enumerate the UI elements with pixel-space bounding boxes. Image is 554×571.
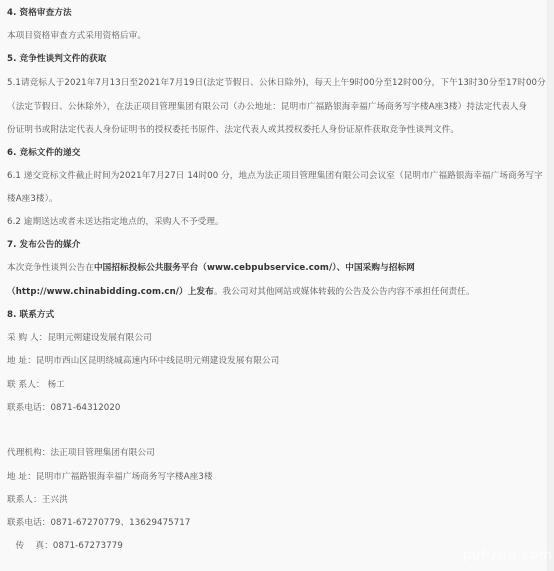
- purchaser-phone: 联系电话：0871-64312020: [7, 402, 120, 414]
- section-6-line-2: 楼A座3楼）。: [7, 193, 58, 205]
- agency-fax: 传 真：0871-67273779: [7, 540, 123, 552]
- section-6-2: 6.2 逾期送达或者未送达指定地点的，采购人不予受理。: [7, 216, 224, 228]
- section-6-line-1: 6.1 递交竞标文件截止时间为2021年7月27日 14时00 分，地点为法正项…: [7, 170, 543, 182]
- section-4-heading: 4. 资格审查方法: [7, 7, 72, 19]
- agency-address: 地 址：昆明市广福路银海幸福广场商务写字楼A座3楼: [7, 471, 213, 483]
- agency-contact: 联系人：王兴洪: [7, 494, 68, 506]
- purchaser-address: 地 址：昆明市西山区昆明绕城高速内环中线昆明元朔建设发展有限公司: [7, 355, 279, 367]
- section-7-prefix: 本次竞争性谈判公告在: [7, 263, 94, 273]
- watermark: puhzuu.com: [463, 548, 553, 563]
- section-4-body: 本项目资格审查方式采用资格后审。: [7, 30, 146, 42]
- purchaser-name: 采 购 人：昆明元朔建设发展有限公司: [7, 332, 152, 344]
- agency-phone: 联系电话：0871-67270779、13629475717: [7, 517, 190, 529]
- section-7-line-1: 本次竞争性谈判公告在中国招标投标公共服务平台（www.cebpubservice…: [7, 262, 415, 274]
- purchaser-contact: 联 系人： 杨工: [7, 379, 65, 391]
- section-8-heading: 8. 联系方式: [7, 309, 54, 321]
- section-7-disclaimer: 。我公司对其他网站或媒体转载的公告及公告内容不承担任何责任。: [214, 287, 475, 297]
- media-platforms: 中国招标投标公共服务平台（www.cebpubservice.com/）、中国采…: [94, 263, 415, 273]
- section-7-heading: 7. 发布公告的媒介: [7, 239, 80, 251]
- section-5-line-1: 5.1请竞标人于2021年7月13日至2021年7月19日(法定节假日、公休日除…: [7, 77, 546, 89]
- section-5-line-3: 份证明书或附法定代表人身份证明书的授权委托书原件、法定代表人或其授权委托人身份证…: [7, 124, 459, 136]
- section-5-line-2: （法定节假日、公休除外），在法正项目管理集团有限公司（办公地址：昆明市广福路银海…: [7, 101, 527, 113]
- media-chinabidding: （http://www.chinabidding.com.cn/）上发布: [7, 287, 214, 297]
- section-7-line-2: （http://www.chinabidding.com.cn/）上发布。我公司…: [7, 286, 475, 298]
- page-edge-strip: [547, 0, 554, 571]
- agency-name: 代理机构：法正项目管理集团有限公司: [7, 447, 155, 459]
- section-5-heading: 5. 竞争性谈判文件的获取: [7, 53, 106, 65]
- section-6-heading: 6. 竞标文件的递交: [7, 147, 80, 159]
